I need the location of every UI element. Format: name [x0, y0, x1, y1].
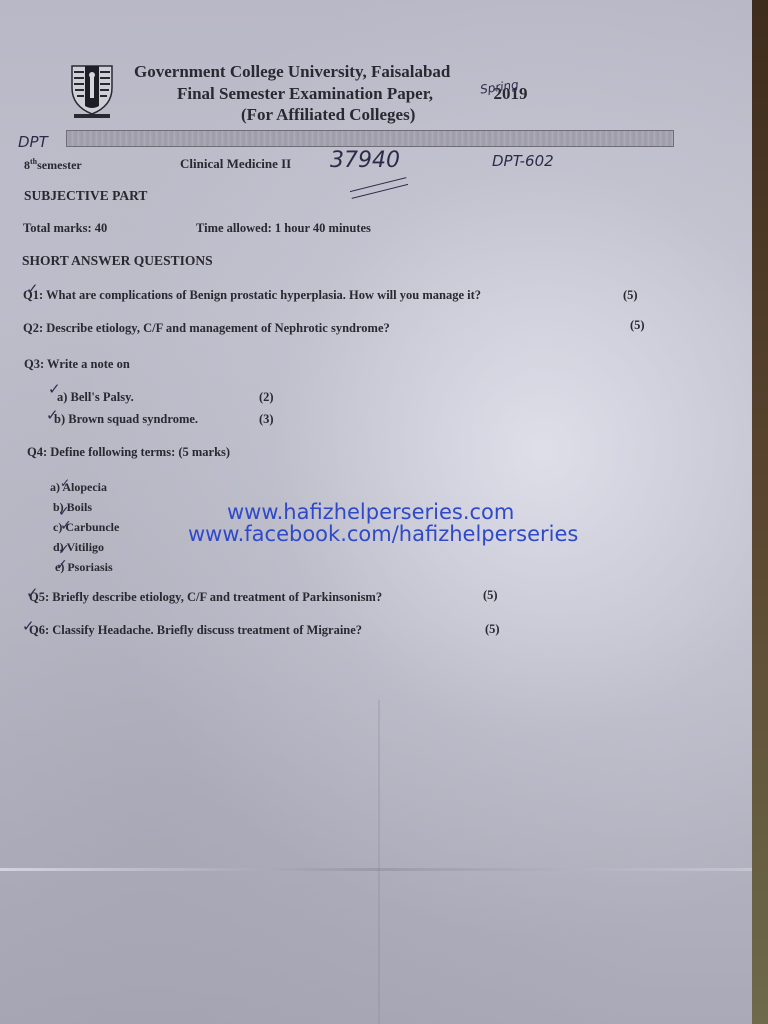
handwritten-program: DPT: [18, 133, 48, 151]
question-text: Write a note on: [47, 357, 130, 371]
check-mark-icon: ✓: [58, 542, 70, 558]
affiliation-note: (For Affiliated Colleges): [241, 105, 415, 125]
question-5: Q5: Briefly describe etiology, C/F and t…: [29, 590, 382, 605]
exam-paper: Government College University, Faisalaba…: [0, 0, 752, 1024]
part-text: Vitiligo: [66, 540, 104, 554]
handwritten-underline: [350, 177, 408, 199]
question-text: Briefly describe etiology, C/F and treat…: [52, 590, 382, 604]
part-text: Brown squad syndrome.: [68, 412, 198, 426]
course-name: Clinical Medicine II: [180, 156, 291, 172]
shaded-name-box: [66, 130, 674, 147]
handwritten-course-code: DPT-602: [492, 152, 554, 170]
check-mark-icon: ✓: [56, 557, 68, 573]
total-marks: Total marks: 40: [23, 221, 107, 236]
part-text: Bell's Palsy.: [71, 390, 134, 404]
university-name: Government College University, Faisalaba…: [134, 62, 450, 82]
check-mark-icon: ✓: [46, 406, 59, 424]
question-1-marks: (5): [623, 288, 638, 303]
paper-title: Final Semester Examination Paper, 2019: [177, 84, 527, 104]
question-4: Q4: Define following terms: (5 marks): [27, 445, 230, 460]
question-3-part-b: b) Brown squad syndrome.: [54, 412, 198, 427]
question-3: Q3: Write a note on: [24, 357, 130, 372]
university-logo-icon: [68, 62, 116, 120]
check-mark-icon: ✓: [26, 584, 39, 602]
paper-fold-crease: [0, 868, 752, 871]
question-3-part-b-marks: (3): [259, 412, 274, 427]
handwritten-roll-number: 37940: [330, 148, 400, 173]
question-label: Q2:: [23, 321, 43, 335]
question-text: Define following terms: (5 marks): [50, 445, 230, 459]
paper-title-text: Final Semester Examination Paper,: [177, 84, 433, 103]
part-label: a): [50, 480, 60, 494]
check-mark-icon: ✓: [60, 518, 72, 534]
check-mark-icon: ✓: [26, 280, 39, 298]
question-3-part-a: a) Bell's Palsy.: [57, 390, 134, 405]
question-text: What are complications of Benign prostat…: [46, 288, 481, 302]
part-text: Carbuncle: [65, 520, 119, 534]
question-2-marks: (5): [630, 318, 645, 333]
watermark-website: www.hafizhelperseries.com: [227, 500, 514, 524]
question-4-part-a: a) Alopecia: [50, 480, 107, 495]
part-text: Boils: [67, 500, 92, 514]
question-text: Classify Headache. Briefly discuss treat…: [52, 623, 362, 637]
question-6: Q6: Classify Headache. Briefly discuss t…: [29, 623, 362, 638]
watermark-facebook: www.facebook.com/hafizhelperseries: [188, 522, 578, 546]
question-2: Q2: Describe etiology, C/F and managemen…: [23, 321, 390, 336]
section-title: SUBJECTIVE PART: [24, 188, 147, 204]
part-text: Psoriasis: [67, 560, 112, 574]
question-5-marks: (5): [483, 588, 498, 603]
question-6-marks: (5): [485, 622, 500, 637]
time-allowed: Time allowed: 1 hour 40 minutes: [196, 221, 371, 236]
paper-fold-crease: [378, 700, 380, 1024]
semester-label: 8thsemester: [24, 157, 82, 173]
question-label: Q4:: [27, 445, 47, 459]
check-mark-icon: ✓: [60, 476, 70, 490]
questions-heading: SHORT ANSWER QUESTIONS: [22, 253, 213, 269]
check-mark-icon: ✓: [22, 617, 35, 635]
question-text: Describe etiology, C/F and management of…: [46, 321, 390, 335]
question-label: Q3:: [24, 357, 44, 371]
check-mark-icon: ✓: [48, 380, 61, 398]
question-1: Q1: What are complications of Benign pro…: [23, 288, 481, 303]
semester-text: semester: [37, 158, 82, 172]
question-3-part-a-marks: (2): [259, 390, 274, 405]
